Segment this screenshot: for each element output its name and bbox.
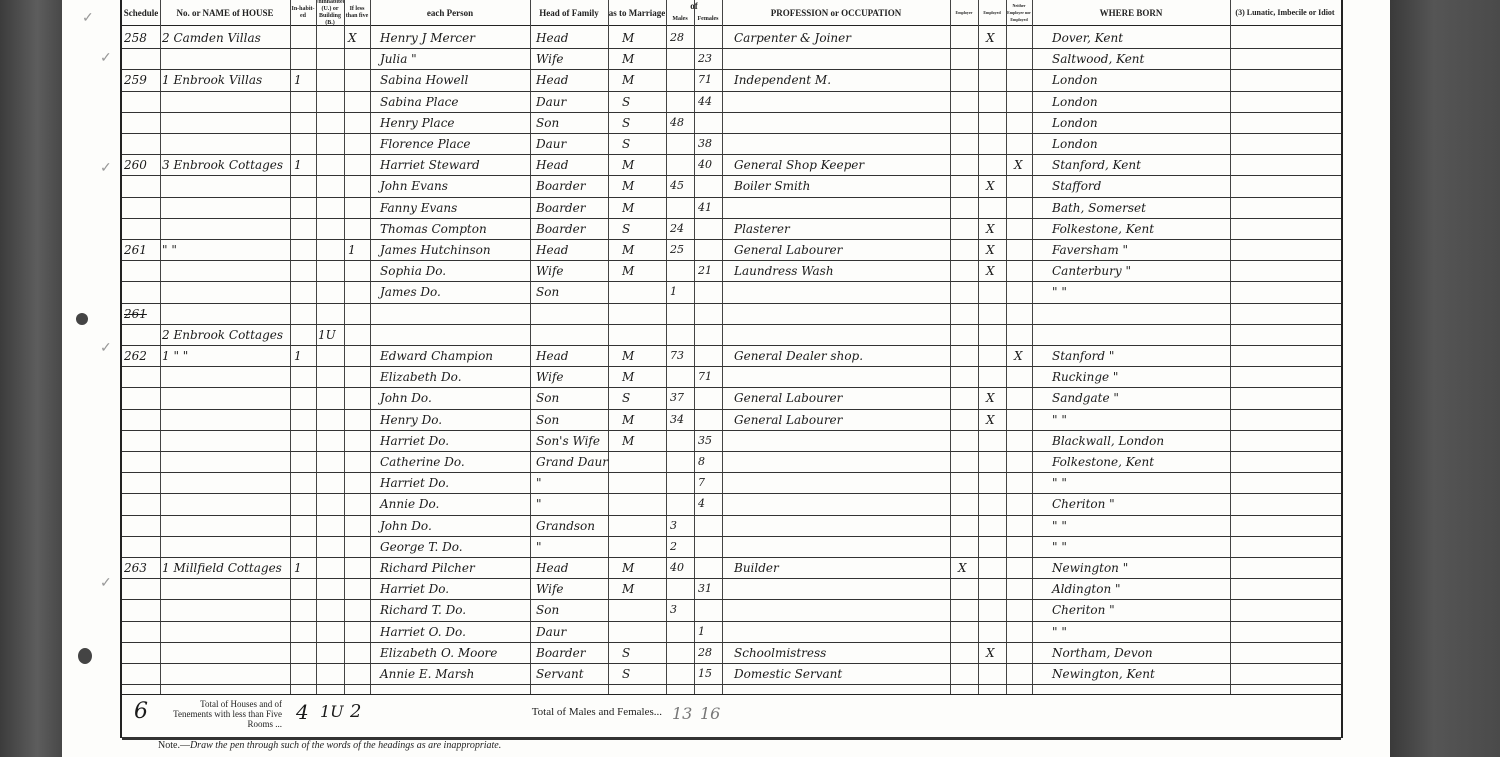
cell-age-m: 45: [670, 177, 684, 195]
cell-relation: Son: [536, 389, 559, 407]
cell-house: 2 Camden Villas: [162, 29, 261, 47]
cell-birthplace: " ": [1052, 623, 1067, 641]
total-females: 16: [700, 705, 720, 723]
cell-age-f: 28: [698, 644, 712, 662]
cell-age-f: 23: [698, 50, 712, 68]
cell-house: 1 Enbrook Villas: [162, 71, 262, 89]
cell-name: James Hutchinson: [380, 241, 491, 259]
cell-occupation: Builder: [734, 559, 779, 577]
cell-name: Elizabeth O. Moore: [380, 644, 497, 662]
cell-birthplace: London: [1052, 71, 1098, 89]
cell-age-f: 21: [698, 262, 712, 280]
row-divider: [122, 112, 1341, 113]
cell-age-f: 71: [698, 71, 712, 89]
header-relation: Head of Family: [530, 0, 609, 25]
cell-relation: Head: [536, 71, 568, 89]
cell-birthplace: " ": [1052, 538, 1067, 556]
row-divider: [122, 345, 1341, 346]
cell-marriage: M: [622, 432, 634, 450]
row-divider: [122, 472, 1341, 473]
row-divider: [122, 303, 1341, 304]
column-divider: [694, 0, 695, 694]
row-divider: [122, 91, 1341, 92]
cell-name: Annie E. Marsh: [380, 665, 474, 683]
cell-employed: X: [986, 177, 995, 195]
cell-relation: Head: [536, 347, 568, 365]
row-divider: [122, 197, 1341, 198]
cell-schedule: 261: [124, 305, 147, 323]
cell-marriage: M: [622, 347, 634, 365]
cell-relation: Servant: [536, 665, 584, 683]
cell-name: Edward Champion: [380, 347, 493, 365]
total-inhabited: 4: [296, 703, 309, 721]
column-divider: [978, 0, 979, 694]
cell-name: Thomas Compton: [380, 220, 487, 238]
scan-background-right: [1390, 0, 1500, 757]
column-divider: [1006, 0, 1007, 694]
cell-name: Harriet Do.: [380, 474, 449, 492]
cell-rooms: 1: [348, 241, 356, 259]
cell-relation: Wife: [536, 368, 564, 386]
row-divider: [122, 324, 1341, 325]
cell-name: Sabina Howell: [380, 71, 468, 89]
cell-birthplace: Blackwall, London: [1052, 432, 1164, 450]
cell-name: Richard Pilcher: [380, 559, 475, 577]
cell-age-f: 8: [698, 453, 705, 471]
cell-birthplace: Northam, Devon: [1052, 644, 1153, 662]
row-divider: [122, 218, 1341, 219]
cell-age-m: 24: [670, 220, 684, 238]
cell-marriage: S: [622, 135, 630, 153]
column-divider: [344, 0, 345, 694]
cell-occupation: General Dealer shop.: [734, 347, 863, 365]
cell-marriage: M: [622, 29, 634, 47]
cell-neither: X: [1014, 156, 1023, 174]
cell-relation: Wife: [536, 262, 564, 280]
cell-marriage: S: [622, 220, 630, 238]
row-divider: [122, 366, 1341, 367]
row-divider: [122, 621, 1341, 622]
header-employer: Employer: [950, 0, 979, 25]
cell-age-f: 40: [698, 156, 712, 174]
cell-name: John Do.: [380, 389, 432, 407]
header-house-name: No. or NAME of HOUSE: [160, 0, 291, 25]
cell-relation: Head: [536, 29, 568, 47]
cell-occupation: Boiler Smith: [734, 177, 810, 195]
cell-marriage: M: [622, 580, 634, 598]
cell-name: Fanny Evans: [380, 199, 457, 217]
cell-occupation: Independent M.: [734, 71, 831, 89]
cell-relation: ": [536, 538, 542, 556]
cell-age-m: 28: [670, 29, 684, 47]
header-infirmity: (3) Lunatic, Imbecile or Idiot: [1230, 0, 1340, 25]
total-males: 13: [672, 705, 692, 723]
cell-name: Elizabeth Do.: [380, 368, 462, 386]
cell-birthplace: Newington, Kent: [1052, 665, 1155, 683]
cell-name: Harriet Do.: [380, 432, 449, 450]
cell-birthplace: Saltwood, Kent: [1052, 50, 1144, 68]
row-divider: [122, 281, 1341, 282]
column-divider: [608, 0, 609, 694]
cell-relation: Daur: [536, 135, 566, 153]
cell-age-m: 34: [670, 411, 684, 429]
cell-age-m: 48: [670, 114, 684, 132]
cell-age-f: 1: [698, 623, 705, 641]
cell-age-m: 2: [670, 538, 677, 556]
cell-relation: Head: [536, 559, 568, 577]
cell-inhabited: 1: [294, 559, 302, 577]
column-divider: [370, 0, 371, 694]
cell-birthplace: Stanford, Kent: [1052, 156, 1141, 174]
header-age-males: Males: [666, 13, 695, 25]
cell-marriage: M: [622, 559, 634, 577]
row-divider: [122, 239, 1341, 240]
cell-employed: X: [986, 29, 995, 47]
cell-birthplace: " ": [1052, 474, 1067, 492]
column-divider: [1032, 0, 1033, 694]
note-text: Draw the pen through such of the words o…: [190, 740, 501, 751]
cell-name: Harriet Do.: [380, 580, 449, 598]
check-mark-icon: ✓: [100, 340, 112, 357]
row-divider: [122, 493, 1341, 494]
cell-uninhabited: 1U: [318, 326, 336, 344]
cell-employed: X: [986, 241, 995, 259]
cell-name: George T. Do.: [380, 538, 463, 556]
column-divider: [666, 0, 667, 694]
row-divider: [122, 642, 1341, 643]
row-divider: [122, 409, 1341, 410]
check-mark-icon: ✓: [82, 10, 94, 27]
cell-marriage: S: [622, 114, 630, 132]
cell-marriage: M: [622, 262, 634, 280]
cell-marriage: M: [622, 50, 634, 68]
cell-birthplace: London: [1052, 93, 1098, 111]
cell-age-f: 35: [698, 432, 712, 450]
column-divider: [950, 0, 951, 694]
header-uninhabited: Uninhabited (U.) or Building (B.): [316, 0, 345, 25]
check-mark-icon: ✓: [100, 575, 112, 592]
cell-birthplace: Aldington ": [1052, 580, 1121, 598]
cell-relation: Daur: [536, 623, 566, 641]
cell-schedule: 258: [124, 29, 147, 47]
total-persons-label: Total of Males and Females...: [422, 707, 662, 717]
ink-blot: [78, 648, 92, 664]
cell-relation: Son: [536, 283, 559, 301]
cell-house: 1 " ": [162, 347, 188, 365]
cell-employed: X: [986, 220, 995, 238]
cell-birthplace: Dover, Kent: [1052, 29, 1123, 47]
cell-relation: Daur: [536, 93, 566, 111]
cell-marriage: M: [622, 156, 634, 174]
column-divider: [530, 0, 531, 694]
header-age-females: Females: [694, 13, 723, 25]
cell-occupation: Plasterer: [734, 220, 790, 238]
cell-birthplace: Bath, Somerset: [1052, 199, 1146, 217]
column-divider: [160, 0, 161, 694]
header-inhabited: In-habit-ed: [290, 0, 317, 25]
row-divider: [122, 663, 1341, 664]
cell-age-f: 41: [698, 199, 712, 217]
row-divider: [122, 684, 1341, 685]
row-divider: [122, 430, 1341, 431]
ink-blot: [76, 313, 88, 325]
cell-name: Florence Place: [380, 135, 470, 153]
cell-relation: Grandson: [536, 517, 595, 535]
cell-birthplace: Faversham ": [1052, 241, 1128, 259]
cell-relation: ": [536, 495, 542, 513]
cell-age-m: 25: [670, 241, 684, 259]
cell-relation: Wife: [536, 50, 564, 68]
cell-birthplace: Folkestone, Kent: [1052, 220, 1154, 238]
census-table: Schedule No. or NAME of HOUSE In-habit-e…: [120, 0, 1343, 738]
cell-marriage: M: [622, 71, 634, 89]
cell-occupation: Domestic Servant: [734, 665, 842, 683]
total-rooms: 2: [350, 703, 361, 721]
cell-relation: Head: [536, 241, 568, 259]
footer-note: Note.—Draw the pen through such of the w…: [158, 740, 501, 751]
row-divider: [122, 578, 1341, 579]
row-divider: [122, 387, 1341, 388]
cell-birthplace: Canterbury ": [1052, 262, 1131, 280]
cell-relation: Son: [536, 601, 559, 619]
cell-age-m: 37: [670, 389, 684, 407]
cell-occupation: General Shop Keeper: [734, 156, 864, 174]
cell-marriage: S: [622, 665, 630, 683]
row-divider: [122, 154, 1341, 155]
total-houses-count: 6: [134, 703, 148, 721]
cell-age-f: 71: [698, 368, 712, 386]
header-birthplace: WHERE BORN: [1032, 0, 1231, 25]
cell-marriage: M: [622, 241, 634, 259]
row-divider: [122, 515, 1341, 516]
cell-age-f: 38: [698, 135, 712, 153]
cell-occupation: Carpenter & Joiner: [734, 29, 851, 47]
cell-birthplace: Cheriton ": [1052, 495, 1115, 513]
cell-marriage: S: [622, 93, 630, 111]
cell-inhabited: 1: [294, 347, 302, 365]
check-mark-icon: ✓: [100, 50, 112, 67]
cell-name: Henry Place: [380, 114, 455, 132]
cell-schedule: 259: [124, 71, 147, 89]
cell-name: Sophia Do.: [380, 262, 446, 280]
cell-relation: Son: [536, 114, 559, 132]
cell-age-m: 40: [670, 559, 684, 577]
cell-birthplace: London: [1052, 114, 1098, 132]
cell-name: Annie Do.: [380, 495, 439, 513]
header-schedule: Schedule: [122, 0, 161, 25]
row-divider: [122, 48, 1341, 49]
cell-relation: Boarder: [536, 199, 585, 217]
cell-house: 1 Millfield Cottages: [162, 559, 282, 577]
cell-marriage: M: [622, 368, 634, 386]
cell-occupation: Schoolmistress: [734, 644, 826, 662]
cell-birthplace: Cheriton ": [1052, 601, 1115, 619]
cell-marriage: M: [622, 411, 634, 429]
row-divider: [122, 557, 1341, 558]
cell-relation: Boarder: [536, 644, 585, 662]
cell-name: Harriet Steward: [380, 156, 480, 174]
cell-age-f: 44: [698, 93, 712, 111]
cell-relation: Boarder: [536, 220, 585, 238]
cell-birthplace: Newington ": [1052, 559, 1128, 577]
cell-age-m: 3: [670, 601, 677, 619]
cell-house: 2 Enbrook Cottages: [162, 326, 283, 344]
row-divider: [122, 599, 1341, 600]
cell-birthplace: Stanford ": [1052, 347, 1114, 365]
cell-occupation: General Labourer: [734, 241, 842, 259]
cell-occupation: General Labourer: [734, 411, 842, 429]
row-divider: [122, 536, 1341, 537]
cell-relation: ": [536, 474, 542, 492]
cell-birthplace: Folkestone, Kent: [1052, 453, 1154, 471]
cell-relation: Grand Daur: [536, 453, 608, 471]
cell-marriage: S: [622, 389, 630, 407]
cell-name: John Evans: [380, 177, 448, 195]
cell-birthplace: " ": [1052, 411, 1067, 429]
cell-name: Henry J Mercer: [380, 29, 475, 47]
cell-relation: Boarder: [536, 177, 585, 195]
cell-marriage: M: [622, 199, 634, 217]
cell-relation: Wife: [536, 580, 564, 598]
cell-birthplace: London: [1052, 135, 1098, 153]
header-employed: Employed: [978, 0, 1007, 25]
cell-age-m: 3: [670, 517, 677, 535]
cell-relation: Son: [536, 411, 559, 429]
cell-schedule: 263: [124, 559, 147, 577]
cell-marriage: M: [622, 177, 634, 195]
column-divider: [722, 0, 723, 694]
cell-neither: X: [1014, 347, 1023, 365]
cell-employer: X: [958, 559, 967, 577]
header-marriage: as to Marriage: [608, 0, 667, 25]
scan-background-left: [0, 0, 62, 757]
cell-age-m: 73: [670, 347, 684, 365]
header-occupation: PROFESSION or OCCUPATION: [722, 0, 951, 25]
cell-schedule: 260: [124, 156, 147, 174]
column-divider: [316, 0, 317, 694]
cell-birthplace: " ": [1052, 283, 1067, 301]
cell-relation: Head: [536, 156, 568, 174]
cell-inhabited: 1: [294, 71, 302, 89]
cell-name: Catherine Do.: [380, 453, 465, 471]
cell-age-f: 15: [698, 665, 712, 683]
cell-birthplace: " ": [1052, 517, 1067, 535]
total-houses-label: Total of Houses and of Tenements with le…: [166, 699, 282, 729]
cell-marriage: S: [622, 644, 630, 662]
cell-birthplace: Sandgate ": [1052, 389, 1119, 407]
cell-name: Henry Do.: [380, 411, 442, 429]
cell-employed: X: [986, 644, 995, 662]
check-mark-icon: ✓: [100, 160, 112, 177]
cell-occupation: Laundress Wash: [734, 262, 834, 280]
note-prefix: Note.—: [158, 740, 190, 751]
cell-age-f: 4: [698, 495, 705, 513]
cell-employed: X: [986, 411, 995, 429]
cell-birthplace: Stafford: [1052, 177, 1101, 195]
cell-name: James Do.: [380, 283, 441, 301]
cell-name: John Do.: [380, 517, 432, 535]
cell-name: Harriet O. Do.: [380, 623, 466, 641]
cell-employed: X: [986, 262, 995, 280]
totals-row: 6 Total of Houses and of Tenements with …: [122, 694, 1341, 740]
column-divider: [1230, 0, 1231, 694]
header-divider: [122, 25, 1341, 26]
cell-name: Julia ": [380, 50, 417, 68]
cell-house: " ": [162, 241, 177, 259]
column-divider: [290, 0, 291, 694]
cell-employed: X: [986, 389, 995, 407]
cell-occupation: General Labourer: [734, 389, 842, 407]
cell-name: Sabina Place: [380, 93, 458, 111]
row-divider: [122, 451, 1341, 452]
cell-inhabited: 1: [294, 156, 302, 174]
cell-schedule: 261: [124, 241, 147, 259]
cell-schedule: 262: [124, 347, 147, 365]
header-neither: Neither Employer nor Employed: [1006, 0, 1033, 25]
cell-rooms: X: [348, 29, 357, 47]
total-uninhabited: 1U: [320, 703, 344, 721]
cell-age-m: 1: [670, 283, 677, 301]
row-divider: [122, 133, 1341, 134]
header-rooms: If less than five: [344, 0, 371, 25]
row-divider: [122, 69, 1341, 70]
cell-age-f: 7: [698, 474, 705, 492]
row-divider: [122, 260, 1341, 261]
cell-relation: Son's Wife: [536, 432, 600, 450]
cell-birthplace: Ruckinge ": [1052, 368, 1118, 386]
cell-name: Richard T. Do.: [380, 601, 466, 619]
header-person-name: each Person: [370, 0, 531, 25]
row-divider: [122, 175, 1341, 176]
cell-house: 3 Enbrook Cottages: [162, 156, 283, 174]
cell-age-f: 31: [698, 580, 712, 598]
